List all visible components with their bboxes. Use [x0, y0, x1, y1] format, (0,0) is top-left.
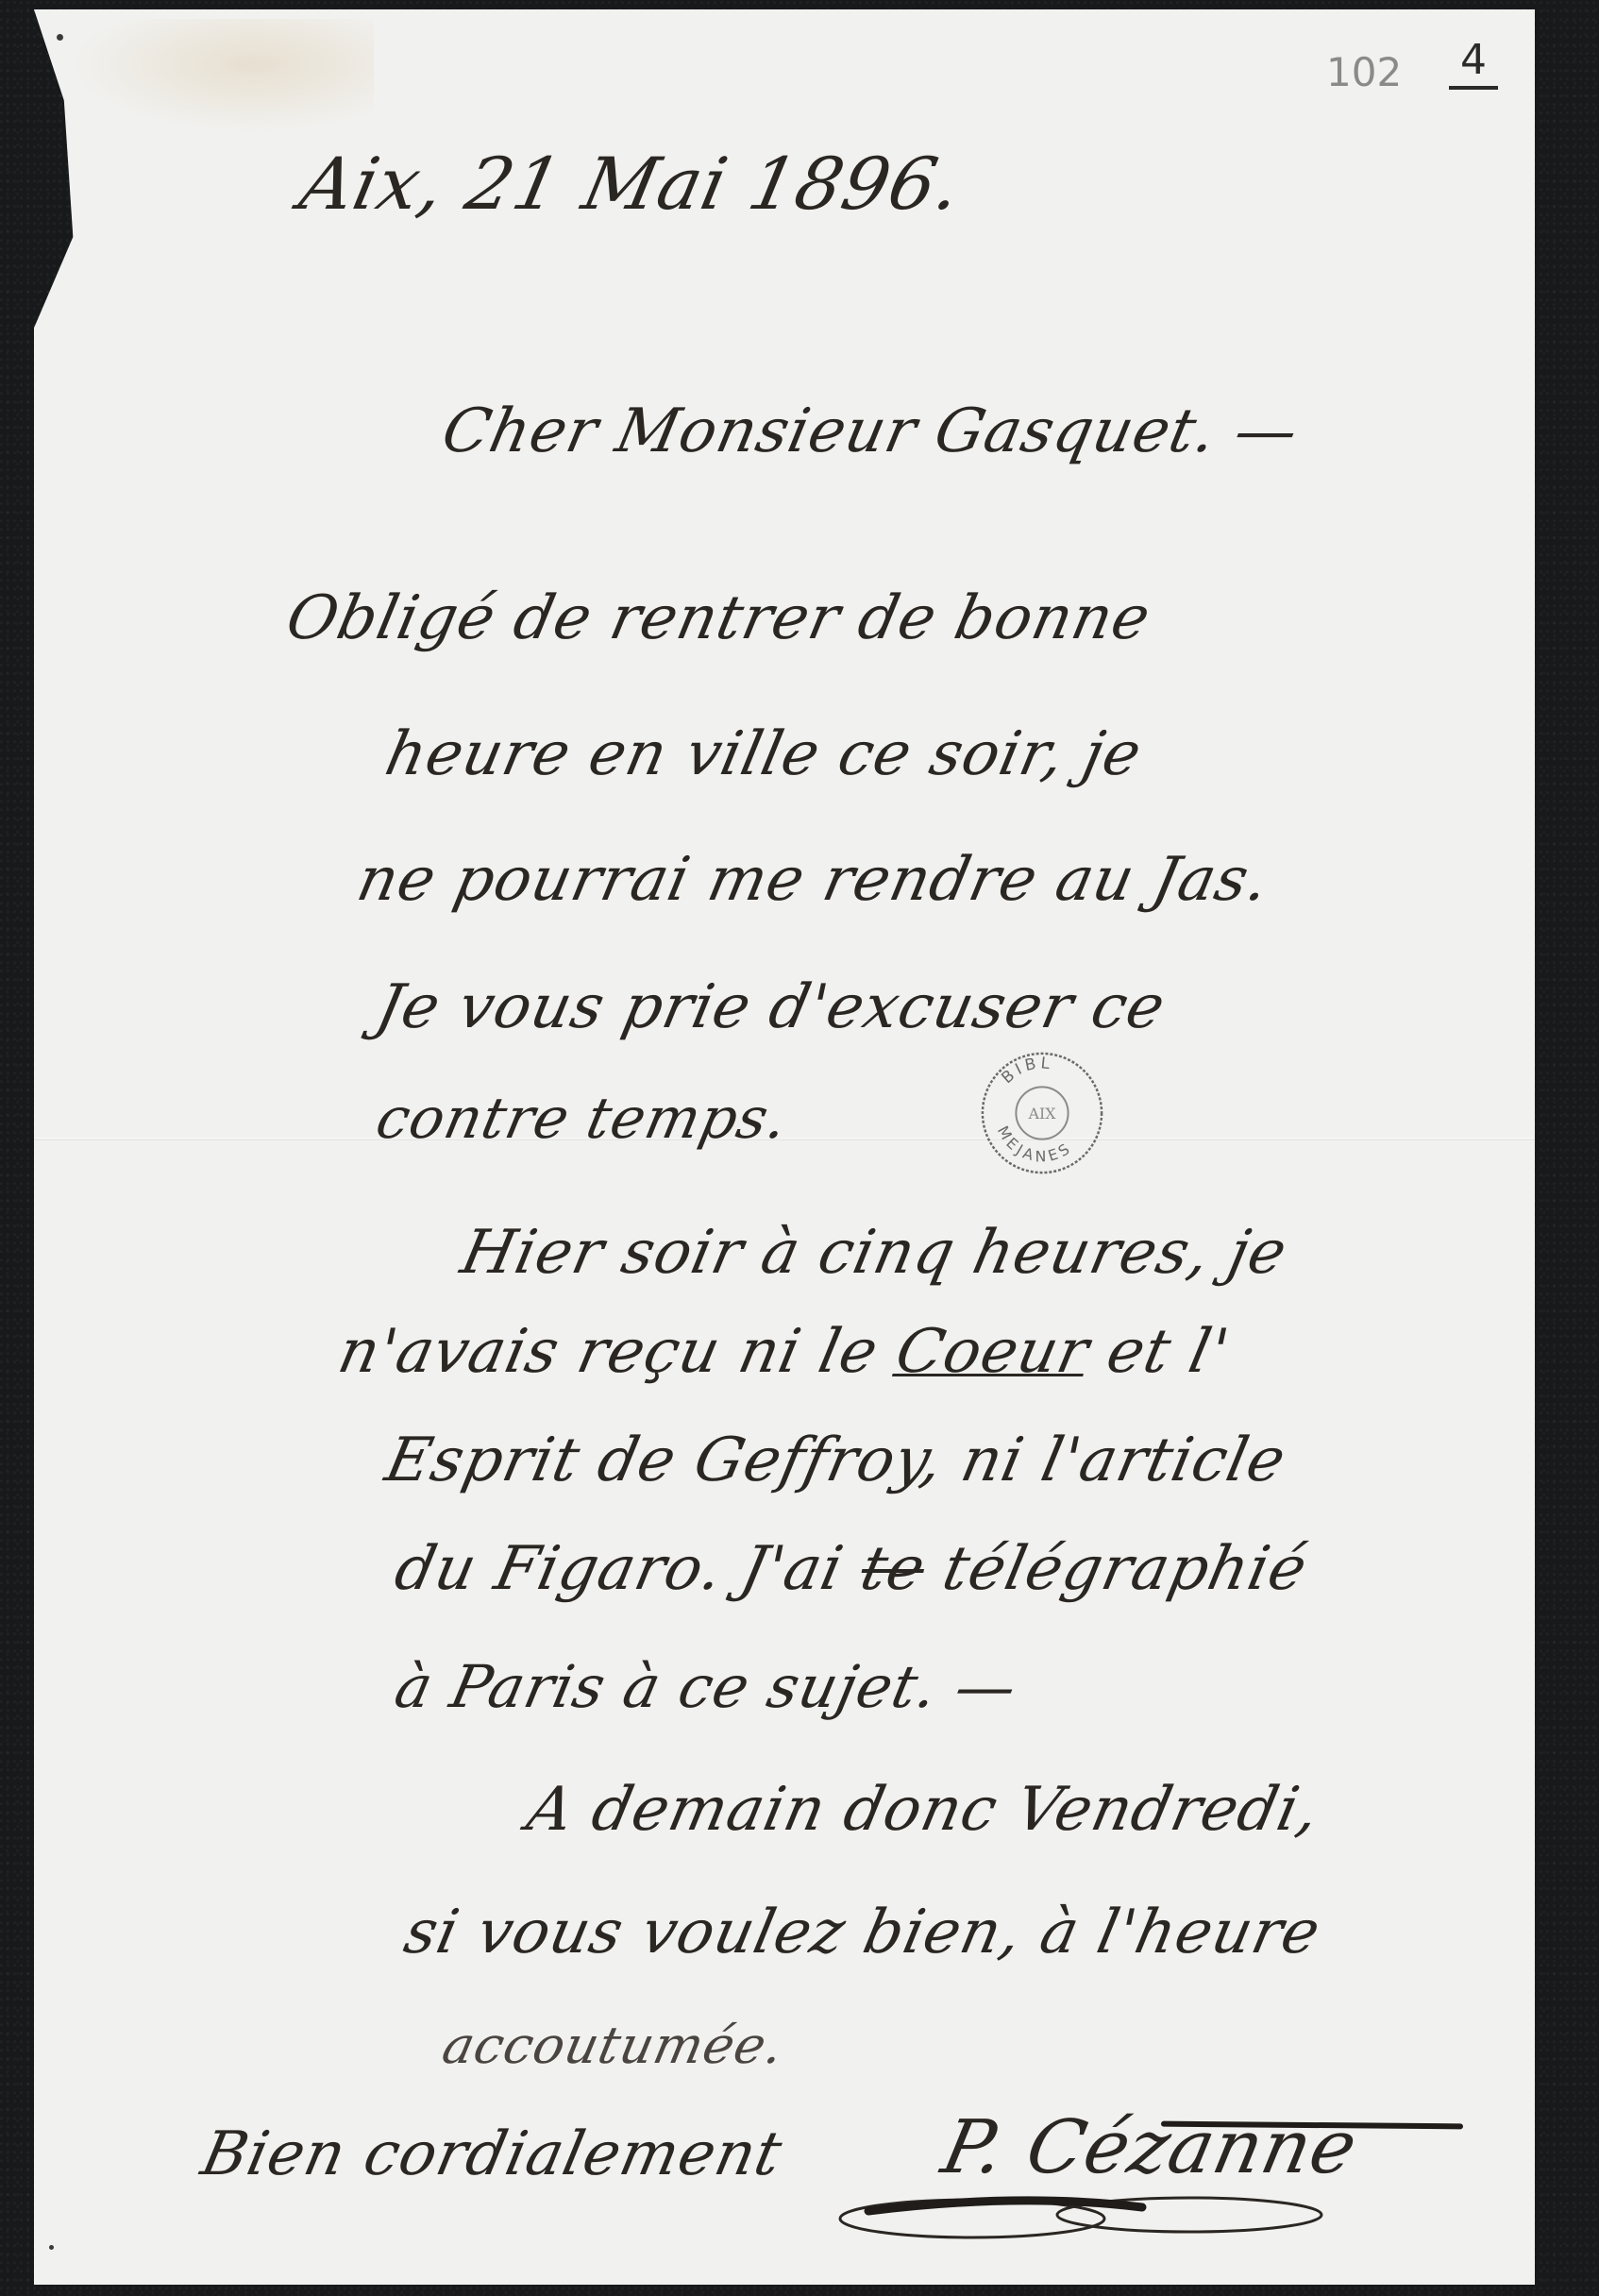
closing: Bien cordialement [195, 2119, 788, 2189]
stamp-center-text: AIX [1028, 1105, 1057, 1123]
body-line-2: heure en ville ce soir, je [379, 719, 1148, 789]
underlined-word: Coeur [890, 1317, 1096, 1387]
body-line-9: du Figaro. J'ai te télégraphié [389, 1534, 1313, 1604]
body-line-5: contre temps. [371, 1086, 794, 1152]
library-stamp: BIBL MEJANES AIX [977, 1048, 1107, 1178]
struck-fragment: te [855, 1534, 932, 1604]
folio-number: 4 [1449, 36, 1498, 90]
fold-crease [34, 1138, 1535, 1140]
svg-text:BIBL: BIBL [998, 1053, 1054, 1087]
archive-number: 102 [1326, 49, 1402, 95]
dateline: Aix, 21 Mai 1896. [294, 142, 969, 226]
body-line-10: à Paris à ce sujet. — [389, 1652, 1023, 1721]
stamp-top-text: BIBL [998, 1053, 1054, 1087]
body-line-13: accoutumée. [437, 2016, 789, 2075]
body-line-4: Je vous prie d'excuser ce [370, 972, 1171, 1042]
body-line-9-text: du Figaro. J'ai [389, 1534, 850, 1604]
body-line-8: Esprit de Geffroy, ni l'article [379, 1426, 1292, 1495]
body-line-12: si vous voulez bien, à l'heure [398, 1898, 1326, 1967]
body-line-1: Obligé de rentrer de bonne [280, 583, 1156, 653]
body-line-3: ne pourrai me rendre au Jas. [351, 845, 1275, 915]
signature-flourish [831, 2190, 1359, 2247]
body-line-11: A demain donc Vendredi, [521, 1775, 1326, 1845]
body-line-6: Hier soir à cinq heures, je [455, 1218, 1293, 1288]
signature: P. Cézanne [934, 2105, 1364, 2190]
body-line-7: n'avais reçu ni le Coeur et l' [332, 1317, 1236, 1387]
ink-speck [49, 2245, 54, 2250]
body-line-9-tail: télégraphié [937, 1534, 1314, 1604]
ink-speck [57, 34, 63, 41]
salutation: Cher Monsieur Gasquet. — [436, 397, 1304, 466]
body-line-7-text: n'avais reçu ni le Coeur et l' [332, 1317, 1236, 1387]
age-stain [72, 19, 374, 132]
